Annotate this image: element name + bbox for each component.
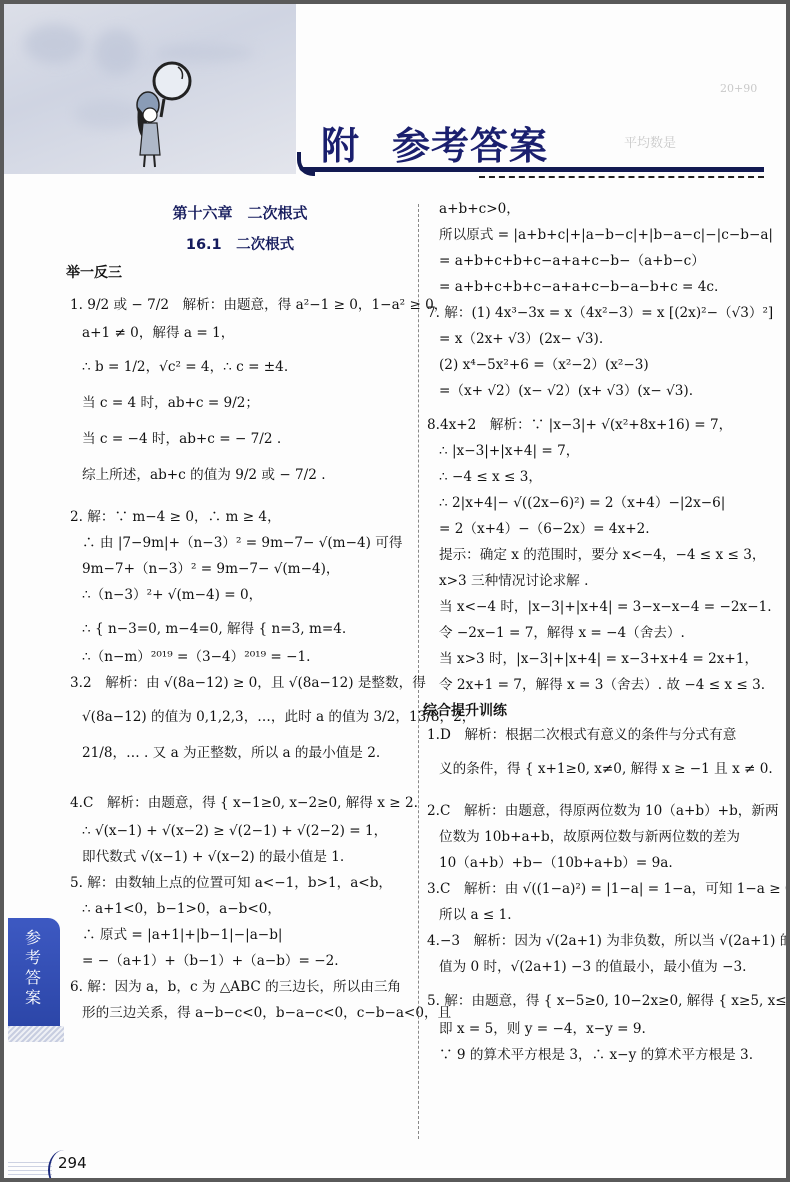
answer-line: 6. 解：因为 a，b，c 为 △ABC 的三边长，所以由三角	[70, 978, 410, 996]
magnifier-girl-mascot-icon	[126, 59, 198, 171]
answer-line: ∴ b = 1/2，√c² = 4，∴ c = ±4.	[70, 350, 410, 384]
answer-line: ∴ √(x−1) + √(x−2) ≥ √(2−1) + √(2−2) = 1，	[70, 822, 410, 840]
answer-line: 5. 解：由数轴上点的位置可知 a<−1，b>1，a<b，	[70, 874, 410, 892]
answer-line: = a+b+c+b+c−a+a+c−b−a−b+c = 4c.	[427, 278, 772, 296]
right-column: a+b+c>0， 所以原式 = |a+b+c|+|a−b−c|+|b−a−c|−…	[427, 200, 772, 1072]
answer-line: a+b+c>0，	[427, 200, 772, 218]
answer-line: 10（a+b）+b−（10b+a+b）= 9a.	[427, 854, 772, 872]
answer-line: 2.C 解析：由题意，得原两位数为 10（a+b）+b，新两	[427, 802, 772, 820]
answer-line: ∵ 9 的算术平方根是 3，∴ x−y 的算术平方根是 3.	[427, 1046, 772, 1064]
chapter-title: 第十六章 二次根式	[70, 204, 410, 222]
answer-line: 当 c = −4 时，ab+c = − 7/2 .	[70, 422, 410, 456]
answer-line: ∴ |x−3|+|x+4| = 7，	[427, 442, 772, 460]
answer-line: 位数为 10b+a+b，故原两位数与新两位数的差为	[427, 828, 772, 846]
left-column: 第十六章 二次根式 16.1 二次根式 举一反三 1. 9/2 或 − 7/2 …	[70, 200, 410, 1030]
answer-line: 4.−3 解析：因为 √(2a+1) 为非负数，所以当 √(2a+1) 的	[427, 932, 772, 950]
answer-line: 7. 解：(1) 4x³−3x = x（4x²−3）= x [(2x)²−（√3…	[427, 304, 772, 322]
answer-line: 5. 解：由题意，得 { x−5≥0, 10−2x≥0, 解得 { x≥5, x…	[427, 984, 772, 1018]
page-title: 附参考答案	[321, 115, 548, 170]
book-page: 20+90 平均数是 附参考答案 第十六章 二次根式 16.1 二次根式 举一反…	[4, 4, 786, 1178]
answer-line: = 2（x+4）−（6−2x）= 4x+2.	[427, 520, 772, 538]
answer-line: 3.C 解析：由 √((1−a)²) = |1−a| = 1−a，可知 1−a …	[427, 880, 772, 898]
appendix-title: 参考答案	[392, 124, 548, 168]
appendix-prefix: 附	[321, 124, 360, 168]
title-rule	[299, 167, 764, 172]
subsection-title: 综合提升训练	[423, 702, 772, 720]
bleed-through-text: 20+90	[720, 82, 757, 95]
answer-line: ∴ 原式 = |a+1|+|b−1|−|a−b|	[70, 926, 410, 944]
answer-line: ∴（n−3）²+ √(m−4) = 0，	[70, 586, 410, 604]
appendix-header: 附参考答案	[299, 109, 779, 169]
answer-line: = x（2x+ √3）(2x− √3).	[427, 330, 772, 348]
page-number: 294	[58, 1154, 87, 1172]
answer-line: = a+b+c+b+c−a+a+c−b−（a+b−c）	[427, 252, 772, 270]
answer-line: = −（a+1）+（b−1）+（a−b）= −2.	[70, 952, 410, 970]
answer-line: (2) x⁴−5x²+6 =（x²−2）(x²−3)	[427, 356, 772, 374]
answer-line: 9m−7+（n−3）² = 9m−7− √(m−4)，	[70, 560, 410, 578]
answer-line: 令 2x+1 = 7，解得 x = 3（舍去）. 故 −4 ≤ x ≤ 3.	[427, 676, 772, 694]
answer-line: 义的条件，得 { x+1≥0, x≠0, 解得 x ≥ −1 且 x ≠ 0.	[427, 752, 772, 786]
side-tab-stripes	[8, 1026, 64, 1042]
answer-line: 所以 a ≤ 1.	[427, 906, 772, 924]
answer-line: 1.D 解析：根据二次根式有意义的条件与分式有意	[427, 726, 772, 744]
answer-line: 21/8，… . 又 a 为正整数，所以 a 的最小值是 2.	[70, 736, 410, 770]
column-divider	[418, 204, 419, 1139]
answer-line: 2. 解：∵ m−4 ≥ 0，∴ m ≥ 4，	[70, 508, 410, 526]
answer-line: 值为 0 时，√(2a+1) −3 的值最小，最小值为 −3.	[427, 958, 772, 976]
title-dashed-divider	[479, 176, 764, 178]
answer-line: 1. 9/2 或 − 7/2 解析：由题意，得 a²−1 ≥ 0，1−a² ≥ …	[70, 288, 410, 322]
subsection-title: 举一反三	[66, 264, 410, 282]
answer-line: 当 x<−4 时，|x−3|+|x+4| = 3−x−x−4 = −2x−1.	[427, 598, 772, 616]
answer-line: 当 c = 4 时，ab+c = 9/2；	[70, 386, 410, 420]
hint-line: x>3 三种情况讨论求解 .	[427, 572, 772, 590]
answer-line: ∴ 2|x+4|− √((2x−6)²) = 2（x+4）−|2x−6|	[427, 494, 772, 512]
hint-line: 提示：确定 x 的范围时，要分 x<−4，−4 ≤ x ≤ 3，	[427, 546, 772, 564]
side-tab-reference-answers: 参考答案	[8, 918, 60, 1026]
answer-line: 即代数式 √(x−1) + √(x−2) 的最小值是 1.	[70, 848, 410, 866]
answer-line: 3.2 解析：由 √(8a−12) ≥ 0，且 √(8a−12) 是整数，得	[70, 674, 410, 692]
answer-line: ∴ 由 |7−9m|+（n−3）² = 9m−7− √(m−4) 可得	[70, 534, 410, 552]
answer-line: ∴ a+1<0，b−1>0，a−b<0，	[70, 900, 410, 918]
answer-line: 令 −2x−1 = 7，解得 x = −4（舍去）.	[427, 624, 772, 642]
page-number-decoration	[8, 1162, 52, 1178]
answer-line: ∴ −4 ≤ x ≤ 3，	[427, 468, 772, 486]
answer-line: 形的三边关系，得 a−b−c<0，b−a−c<0，c−b−a<0，且	[70, 1004, 410, 1022]
answer-line: 综上所述，ab+c 的值为 9/2 或 − 7/2 .	[70, 458, 410, 492]
answer-line: 当 x>3 时，|x−3|+|x+4| = x−3+x+4 = 2x+1，	[427, 650, 772, 668]
answer-line: ∴（n−m）²⁰¹⁹ =（3−4）²⁰¹⁹ = −1.	[70, 648, 410, 666]
answer-line: 即 x = 5，则 y = −4，x−y = 9.	[427, 1020, 772, 1038]
title-rule-curve	[297, 152, 315, 176]
answer-line: a+1 ≠ 0，解得 a = 1，	[70, 324, 410, 342]
answer-line: 所以原式 = |a+b+c|+|a−b−c|+|b−a−c|−|c−b−a|	[427, 226, 772, 244]
answer-line: =（x+ √2）(x− √2）(x+ √3）(x− √3).	[427, 382, 772, 400]
answer-line: 8.4x+2 解析：∵ |x−3|+ √(x²+8x+16) = 7，	[427, 416, 772, 434]
answer-line: 4.C 解析：由题意，得 { x−1≥0, x−2≥0, 解得 x ≥ 2.	[70, 786, 410, 820]
answer-line: ∴ { n−3=0, m−4=0, 解得 { n=3, m=4.	[70, 612, 410, 646]
answer-line: √(8a−12) 的值为 0,1,2,3，…，此时 a 的值为 3/2，13/8…	[70, 700, 410, 734]
section-title: 16.1 二次根式	[70, 236, 410, 254]
side-tab-label: 参考答案	[22, 928, 44, 1008]
